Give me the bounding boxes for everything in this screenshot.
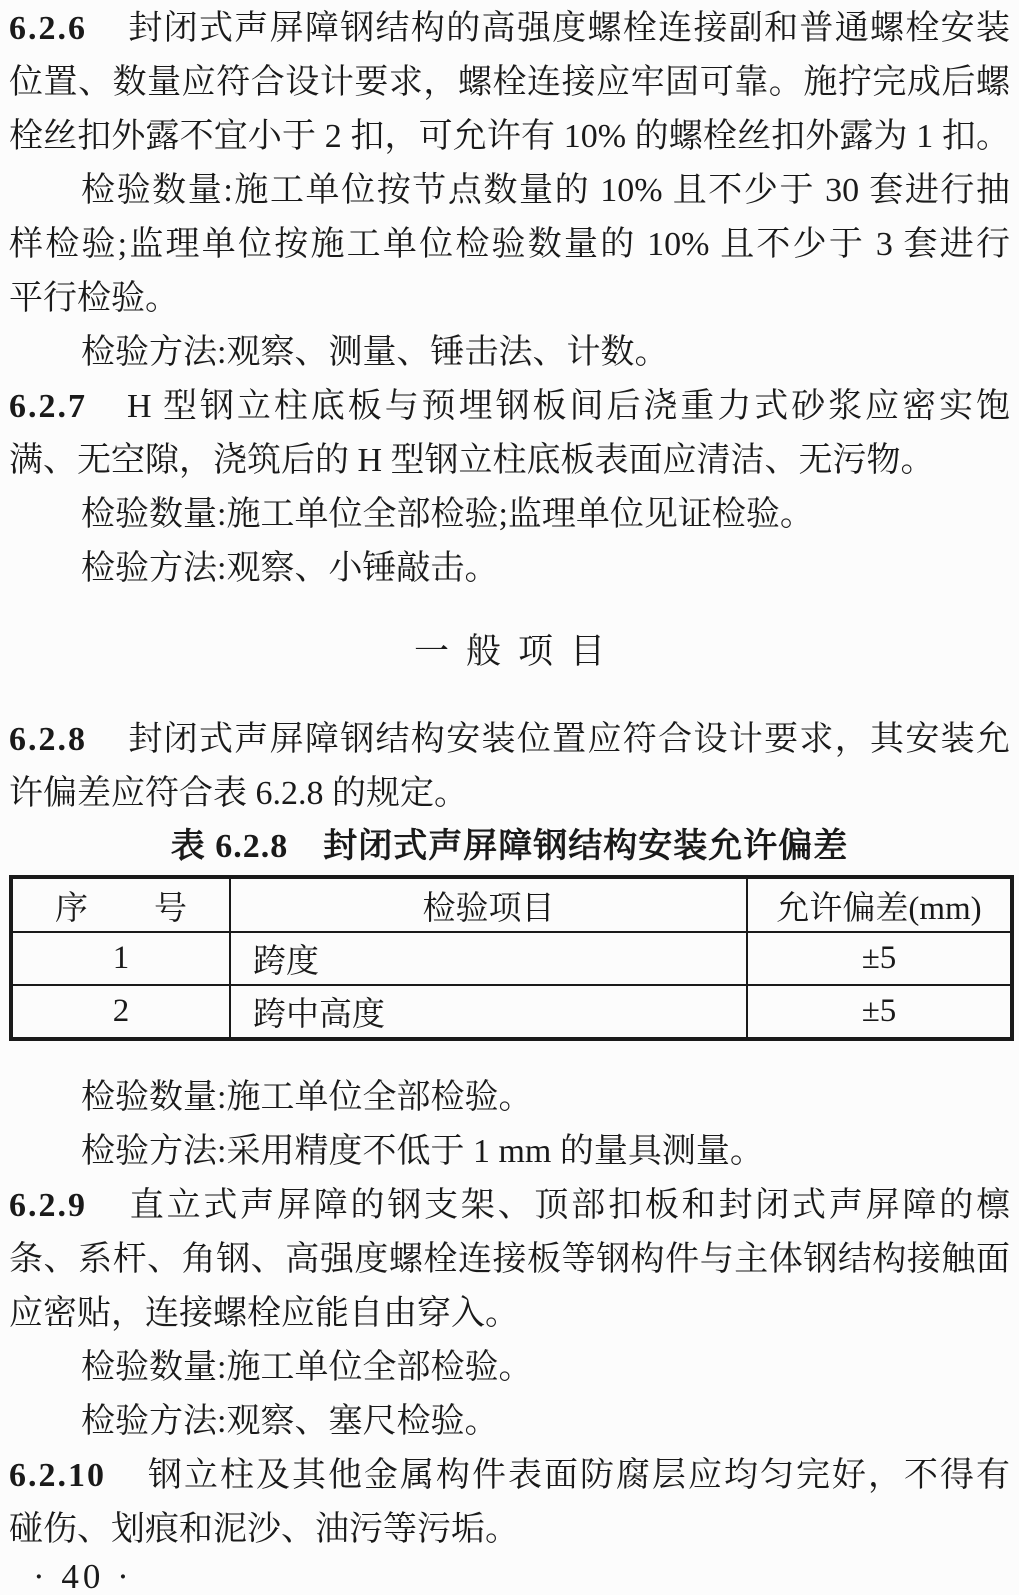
clause-6-2-6-qty-line-3: 平行检验。	[9, 272, 1010, 326]
clause-6-2-6-line-1: 6.2.6封闭式声屏障钢结构的高强度螺栓连接副和普通螺栓安装	[9, 2, 1010, 56]
clause-6-2-6-line-3: 栓丝扣外露不宜小于 2 扣，可允许有 10% 的螺栓丝扣外露为 1 扣。	[9, 110, 1010, 164]
row-1-no: 1	[11, 932, 230, 985]
clause-6-2-7-method-line: 检验方法:观察、小锤敲击。	[9, 542, 1010, 596]
clause-6-2-8-qty-line: 检验数量:施工单位全部检验。	[9, 1071, 1010, 1125]
row-2-item: 跨中高度	[230, 985, 747, 1039]
clause-6-2-9-qty-line: 检验数量:施工单位全部检验。	[9, 1341, 1010, 1395]
clause-6-2-10-line-2: 碰伤、划痕和泥沙、油污等污垢。	[9, 1503, 1010, 1557]
clause-6-2-7-number: 6.2.7	[9, 388, 87, 425]
page-number: · 40 ·	[9, 1557, 1010, 1595]
row-1-item: 跨度	[230, 932, 747, 985]
clause-6-2-9-line-1: 6.2.9直立式声屏障的钢支架、顶部扣板和封闭式声屏障的檩	[9, 1179, 1010, 1233]
table-row-1: 1 跨度 ±5	[11, 932, 1012, 985]
clause-6-2-10-text-1: 钢立柱及其他金属构件表面防腐层应均匀完好，不得有	[146, 1457, 1010, 1494]
clause-6-2-6-qty-line-2: 样检验;监理单位按施工单位检验数量的 10% 且不少于 3 套进行	[9, 218, 1010, 272]
table-header-row: 序 号 检验项目 允许偏差(mm)	[11, 877, 1012, 932]
clause-6-2-6-number: 6.2.6	[9, 10, 87, 47]
row-2-tolerance: ±5	[747, 985, 1012, 1039]
clause-6-2-9-line-3: 应密贴，连接螺栓应能自由穿入。	[9, 1287, 1010, 1341]
clause-6-2-7-qty-line: 检验数量:施工单位全部检验;监理单位见证检验。	[9, 488, 1010, 542]
row-1-tolerance: ±5	[747, 932, 1012, 985]
section-heading-general-items: 一般项目	[9, 625, 1010, 679]
clause-6-2-8-line-2: 许偏差应符合表 6.2.8 的规定。	[9, 767, 1010, 821]
clause-6-2-6-text-1: 封闭式声屏障钢结构的高强度螺栓连接副和普通螺栓安装	[127, 10, 1010, 47]
clause-6-2-10-line-1: 6.2.10钢立柱及其他金属构件表面防腐层应均匀完好，不得有	[9, 1449, 1010, 1503]
clause-6-2-10-number: 6.2.10	[9, 1457, 106, 1494]
document-page: 6.2.6封闭式声屏障钢结构的高强度螺栓连接副和普通螺栓安装 位置、数量应符合设…	[0, 0, 1019, 1595]
clause-6-2-6-method-line: 检验方法:观察、测量、锤击法、计数。	[9, 326, 1010, 380]
clause-6-2-7-line-1: 6.2.7H 型钢立柱底板与预埋钢板间后浇重力式砂浆应密实饱	[9, 380, 1010, 434]
clause-6-2-9-line-2: 条、系杆、角钢、高强度螺栓连接板等钢构件与主体钢结构接触面	[9, 1233, 1010, 1287]
table-header-tolerance: 允许偏差(mm)	[747, 877, 1012, 932]
clause-6-2-9-text-1: 直立式声屏障的钢支架、顶部扣板和封闭式声屏障的檩	[127, 1187, 1010, 1224]
clause-6-2-9-number: 6.2.9	[9, 1187, 87, 1224]
clause-6-2-9-method-line: 检验方法:观察、塞尺检验。	[9, 1395, 1010, 1449]
table-header-no: 序 号	[11, 877, 230, 932]
table-row-2: 2 跨中高度 ±5	[11, 985, 1012, 1039]
clause-6-2-7-text-1: H 型钢立柱底板与预埋钢板间后浇重力式砂浆应密实饱	[127, 388, 1010, 425]
clause-6-2-7-line-2: 满、无空隙，浇筑后的 H 型钢立柱底板表面应清洁、无污物。	[9, 434, 1010, 488]
table-6-2-8-caption: 表 6.2.8 封闭式声屏障钢结构安装允许偏差	[9, 821, 1010, 875]
row-2-no: 2	[11, 985, 230, 1039]
table-header-item: 检验项目	[230, 877, 747, 932]
table-6-2-8: 序 号 检验项目 允许偏差(mm) 1 跨度 ±5 2 跨中高度 ±5	[9, 875, 1014, 1041]
clause-6-2-8-line-1: 6.2.8封闭式声屏障钢结构安装位置应符合设计要求，其安装允	[9, 713, 1010, 767]
clause-6-2-8-number: 6.2.8	[9, 721, 87, 758]
clause-6-2-8-text-1: 封闭式声屏障钢结构安装位置应符合设计要求，其安装允	[127, 721, 1010, 758]
clause-6-2-8-method-line: 检验方法:采用精度不低于 1 mm 的量具测量。	[9, 1125, 1010, 1179]
clause-6-2-6-line-2: 位置、数量应符合设计要求，螺栓连接应牢固可靠。施拧完成后螺	[9, 56, 1010, 110]
clause-6-2-6-qty-line-1: 检验数量:施工单位按节点数量的 10% 且不少于 30 套进行抽	[9, 164, 1010, 218]
